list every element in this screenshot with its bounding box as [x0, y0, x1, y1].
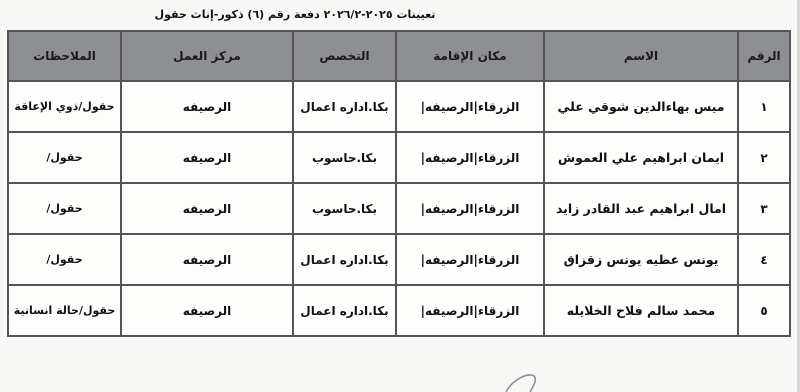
- cell-notes: حقول/ذوي الإعاقة: [8, 81, 121, 132]
- table-row: ١ ميس بهاءالدين شوقي علي الزرقاء|الرصيفه…: [8, 81, 790, 132]
- appointments-table: الرقم الاسم مكان الإقامة التخصص مركز الع…: [7, 30, 791, 337]
- cell-notes: حقول/حالة انسانية: [8, 285, 121, 336]
- cell-specialization: بكا.اداره اعمال: [293, 234, 396, 285]
- cell-specialization: بكا.اداره اعمال: [293, 285, 396, 336]
- cell-number: ٤: [738, 234, 790, 285]
- header-notes: الملاحظات: [8, 31, 121, 81]
- table-row: ٢ ايمان ابراهيم علي العموش الزرقاء|الرصي…: [8, 132, 790, 183]
- document-title: تعيينات ٢٠٢٥-٢٠٢٦/٢ دفعة رقم (٦) ذكور-إن…: [140, 8, 450, 21]
- signature-mark: [500, 372, 560, 392]
- table-row: ٣ امال ابراهيم عبد القادر زايد الزرقاء|ا…: [8, 183, 790, 234]
- table-header-row: الرقم الاسم مكان الإقامة التخصص مركز الع…: [8, 31, 790, 81]
- cell-work-center: الرصيفه: [121, 285, 293, 336]
- cell-notes: حقول/: [8, 234, 121, 285]
- cell-number: ١: [738, 81, 790, 132]
- header-number: الرقم: [738, 31, 790, 81]
- cell-name: يونس عطيه يونس زقزاق: [544, 234, 738, 285]
- cell-work-center: الرصيفه: [121, 132, 293, 183]
- cell-work-center: الرصيفه: [121, 81, 293, 132]
- cell-number: ٢: [738, 132, 790, 183]
- cell-residence: الزرقاء|الرصيفه|: [396, 132, 544, 183]
- cell-specialization: بكا.اداره اعمال: [293, 81, 396, 132]
- cell-number: ٣: [738, 183, 790, 234]
- table-row: ٥ محمد سالم فلاح الخلايله الزرقاء|الرصيف…: [8, 285, 790, 336]
- cell-notes: حقول/: [8, 183, 121, 234]
- cell-residence: الزرقاء|الرصيفه|: [396, 234, 544, 285]
- cell-work-center: الرصيفه: [121, 183, 293, 234]
- cell-residence: الزرقاء|الرصيفه|: [396, 285, 544, 336]
- cell-notes: حقول/: [8, 132, 121, 183]
- cell-work-center: الرصيفه: [121, 234, 293, 285]
- header-residence: مكان الإقامة: [396, 31, 544, 81]
- scanned-document: تعيينات ٢٠٢٥-٢٠٢٦/٢ دفعة رقم (٦) ذكور-إن…: [0, 0, 800, 392]
- header-specialization: التخصص: [293, 31, 396, 81]
- table-row: ٤ يونس عطيه يونس زقزاق الزرقاء|الرصيفه| …: [8, 234, 790, 285]
- cell-name: ايمان ابراهيم علي العموش: [544, 132, 738, 183]
- cell-residence: الزرقاء|الرصيفه|: [396, 81, 544, 132]
- cell-name: ميس بهاءالدين شوقي علي: [544, 81, 738, 132]
- cell-number: ٥: [738, 285, 790, 336]
- cell-residence: الزرقاء|الرصيفه|: [396, 183, 544, 234]
- cell-specialization: بكا.حاسوب: [293, 183, 396, 234]
- cell-name: امال ابراهيم عبد القادر زايد: [544, 183, 738, 234]
- header-name: الاسم: [544, 31, 738, 81]
- cell-name: محمد سالم فلاح الخلايله: [544, 285, 738, 336]
- cell-specialization: بكا.حاسوب: [293, 132, 396, 183]
- header-work-center: مركز العمل: [121, 31, 293, 81]
